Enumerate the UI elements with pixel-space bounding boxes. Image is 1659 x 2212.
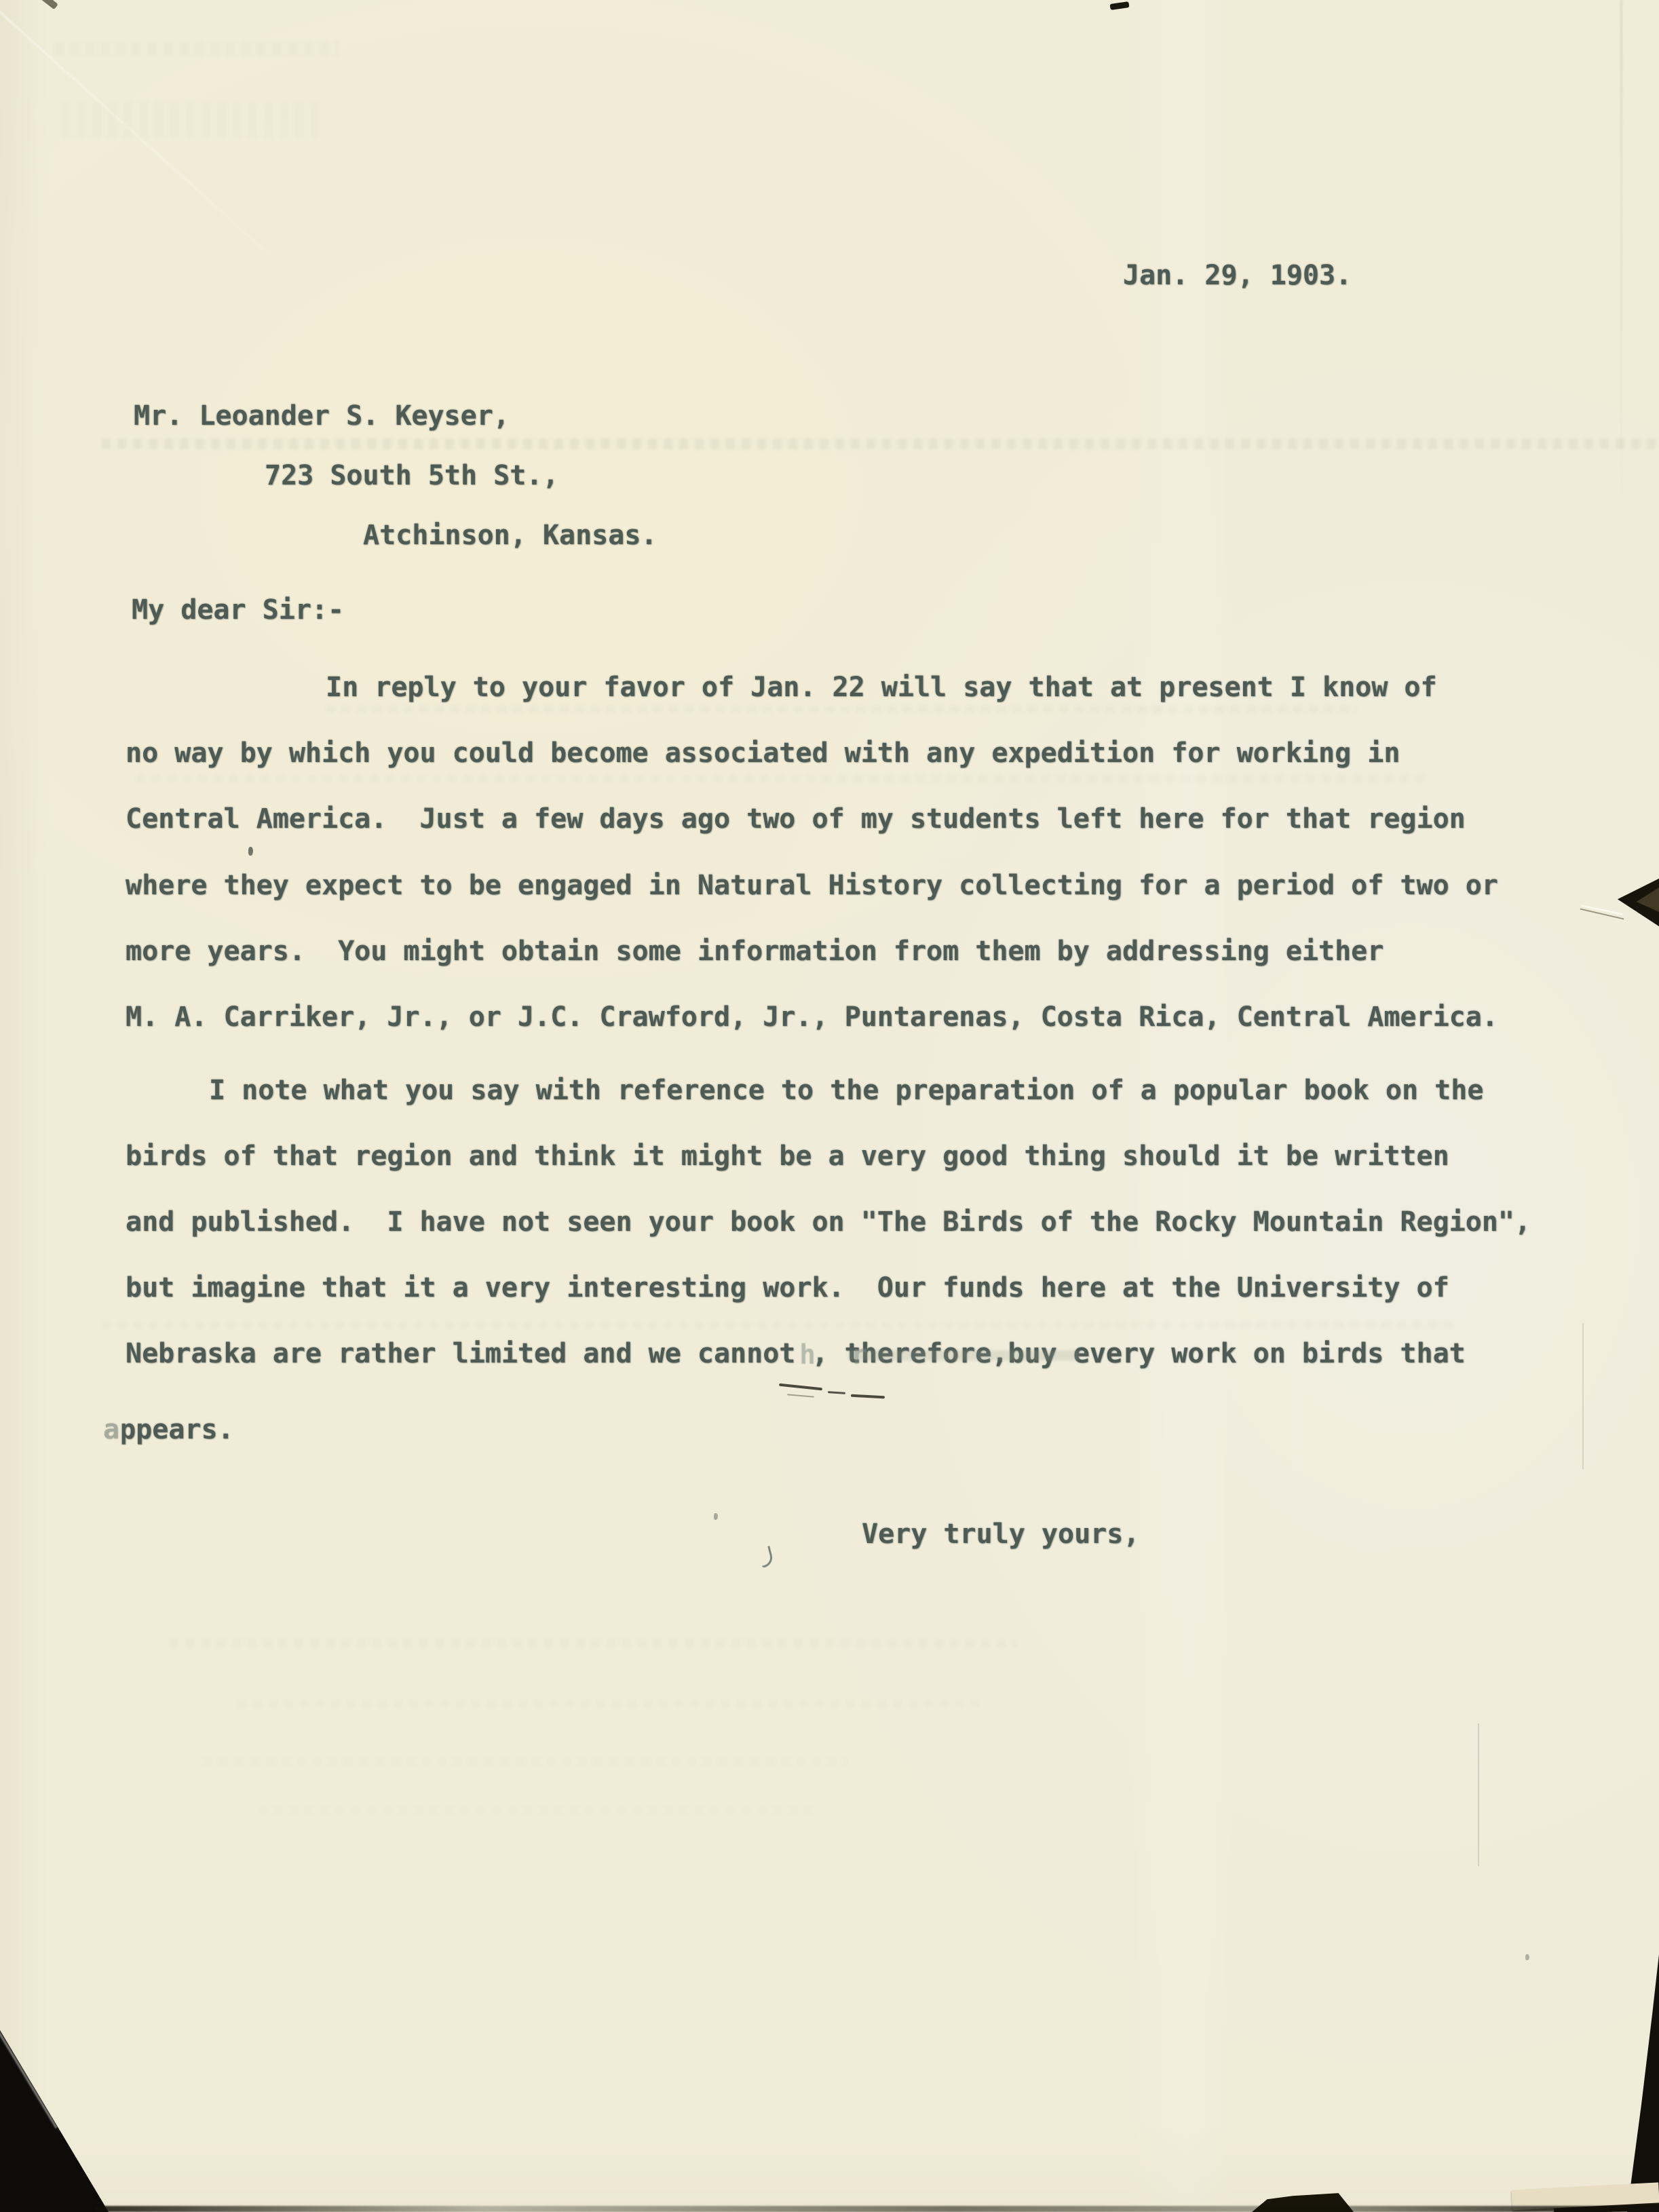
overstrike-ghost-text: h r <box>799 1339 877 1371</box>
body-line: Central America. Just a few days ago two… <box>126 803 1466 835</box>
body-line: where they expect to be engaged in Natur… <box>126 870 1498 901</box>
recipient-city: Atchinson, Kansas. <box>363 520 657 551</box>
body-line: and published. I have not seen your book… <box>126 1206 1531 1238</box>
recipient-name: Mr. Leoander S. Keyser, <box>134 400 510 432</box>
letter-date: Jan. 29, 1903. <box>1123 260 1352 291</box>
body-line: In reply to your favor of Jan. 22 will s… <box>326 672 1437 703</box>
paper-sheet <box>0 0 1659 2212</box>
salutation: My dear Sir:- <box>132 594 344 626</box>
body-line: M. A. Carriker, Jr., or J.C. Crawford, J… <box>126 1002 1498 1033</box>
body-line: birds of that region and think it might … <box>126 1141 1449 1172</box>
body-line: but imagine that it a very interesting w… <box>126 1272 1449 1303</box>
body-line: appears. <box>103 1414 234 1445</box>
body-line: Nebraska are rather limited and we canno… <box>126 1338 1466 1369</box>
body-line: no way by which you could become associa… <box>126 738 1400 769</box>
scanned-letter-page: Jan. 29, 1903. Mr. Leoander S. Keyser, 7… <box>0 0 1659 2212</box>
closing: Very truly yours, <box>862 1519 1139 1550</box>
body-line: more years. You might obtain some inform… <box>126 936 1384 967</box>
recipient-street: 723 South 5th St., <box>265 460 558 491</box>
body-line: I note what you say with reference to th… <box>209 1075 1483 1106</box>
